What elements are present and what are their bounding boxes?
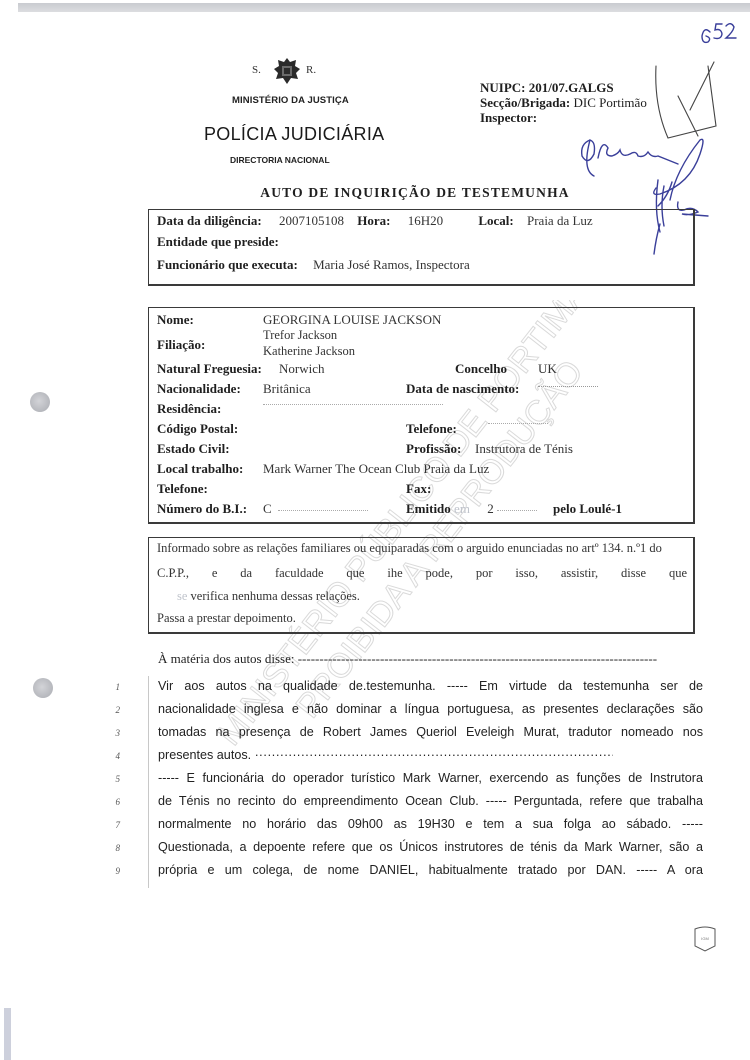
- line-number: 9: [100, 866, 120, 876]
- seccao-label: Secção/Brigada:: [480, 95, 570, 110]
- profissao-value: Instrutora de Ténis: [475, 441, 573, 457]
- bi-label: Número do B.I.:: [157, 501, 247, 517]
- line-number: 2: [100, 705, 120, 715]
- statement-line: Questionada, a depoente refere que os Ún…: [158, 840, 703, 854]
- punch-hole: [30, 392, 50, 412]
- nuipc-label: NUIPC:: [480, 80, 526, 95]
- filiacao-label: Filiação:: [157, 337, 205, 353]
- local-trabalho-value: Mark Warner The Ocean Club Praia da Luz: [263, 461, 489, 477]
- natural-value: Norwich: [279, 361, 325, 377]
- hora-label: Hora:: [357, 213, 390, 228]
- statement-line: nacionalidade inglesa e não dominar a lí…: [158, 702, 703, 716]
- informed-line-4: Passa a prestar depoimento.: [157, 611, 296, 626]
- margin-line: [148, 676, 149, 888]
- informed-line-3-faint: se: [177, 589, 187, 603]
- line-number: 8: [100, 843, 120, 853]
- entidade-label: Entidade que preside:: [157, 234, 279, 249]
- date-label: Data da diligência:: [157, 213, 262, 228]
- punch-hole: [33, 678, 53, 698]
- crest-left-letter: S.: [252, 64, 261, 76]
- nome-row: Nome:: [157, 312, 194, 328]
- page-stamp-icon: IGM: [693, 925, 717, 952]
- statement-line: presentes autos. ·······················…: [158, 748, 613, 762]
- line-number: 6: [100, 797, 120, 807]
- line-number: 7: [100, 820, 120, 830]
- emitido-em: em: [454, 501, 470, 516]
- local-trabalho-label: Local trabalho:: [157, 461, 243, 477]
- crest-right-letter: R.: [306, 64, 316, 76]
- nascimento-redacted: [538, 386, 598, 387]
- line-number: 1: [100, 682, 120, 692]
- natural-label: Natural Freguesia:: [157, 361, 262, 377]
- line-number: 4: [100, 751, 120, 761]
- informed-line-1: Informado sobre as relações familiares o…: [157, 541, 687, 556]
- nacionalidade-value: Britânica: [263, 381, 311, 397]
- line-number: 5: [100, 774, 120, 784]
- local-label: Local:: [478, 213, 513, 228]
- ministry-name: MINISTÉRIO DA JUSTIÇA: [232, 95, 349, 106]
- agency-name: POLÍCIA JUDICIÁRIA: [204, 124, 384, 145]
- concelho-value: UK: [538, 361, 557, 377]
- statement-line: normalmente no horário das 09h00 as 19H3…: [158, 817, 703, 831]
- fax-label: Fax:: [406, 481, 431, 497]
- statement-heading: À matéria dos autos disse: -------------…: [158, 651, 657, 667]
- funcionario-value: Maria José Ramos, Inspectora: [313, 257, 470, 272]
- codigo-label: Código Postal:: [157, 421, 238, 437]
- informed-line-3: se verifica nenhuma dessas relações.: [177, 589, 360, 604]
- diligence-row-3: Funcionário que executa: Maria José Ramo…: [157, 257, 470, 273]
- local-value: Praia da Luz: [527, 213, 593, 228]
- statement-line: própria e um colega, de nome DANIEL, hab…: [158, 863, 703, 877]
- estado-label: Estado Civil:: [157, 441, 230, 457]
- emitido-redacted: 2: [487, 501, 537, 516]
- emitido-label: Emitido: [406, 501, 451, 516]
- stamp-text: IGM: [701, 936, 709, 941]
- statement-line: ----- E funcionária do operador turístic…: [158, 771, 703, 785]
- nome-value: GEORGINA LOUISE JACKSON: [263, 312, 441, 328]
- filiacao-father: Trefor Jackson: [263, 328, 337, 343]
- informed-line-2: C.P.P., e da faculdade que ihe pode, por…: [157, 566, 687, 581]
- statement-line: de Ténis no recinto do empreendimento Oc…: [158, 794, 703, 808]
- diligence-row-2: Entidade que preside:: [157, 234, 279, 250]
- statement-line: Vir aos autos na qualidade de.testemunha…: [158, 679, 703, 693]
- residencia-redacted: [263, 404, 443, 405]
- document-title: AUTO DE INQUIRIÇÃO DE TESTEMUNHA: [0, 185, 750, 201]
- bi-value: C: [263, 501, 368, 517]
- filiacao-mother: Katherine Jackson: [263, 344, 355, 359]
- diligence-row-1: Data da diligência: 2007105108 Hora: 16H…: [157, 213, 593, 229]
- coat-of-arms-icon: [272, 56, 302, 86]
- emitido-row: Emitido em 2: [406, 501, 537, 517]
- emitido-por: pelo Loulé-1: [553, 501, 622, 517]
- nacionalidade-label: Nacionalidade:: [157, 381, 241, 397]
- statement-line: tomadas na presença de Robert James Quer…: [158, 725, 703, 739]
- concelho-label: Concelho: [455, 361, 507, 377]
- telefone-redacted: [488, 423, 548, 424]
- hora-value: 16H20: [408, 213, 443, 228]
- date-value: 2007105108: [279, 213, 344, 228]
- line-number: 3: [100, 728, 120, 738]
- scan-edge: [4, 1008, 11, 1060]
- residencia-label: Residência:: [157, 401, 221, 417]
- inspector-label: Inspector:: [480, 110, 537, 125]
- telefone-label: Telefone:: [406, 421, 457, 437]
- nome-label: Nome:: [157, 312, 194, 327]
- nascimento-label: Data de nascimento:: [406, 381, 519, 397]
- directorate-name: DIRECTORIA NACIONAL: [230, 155, 330, 165]
- informed-line-3-text: verifica nenhuma dessas relações.: [191, 589, 360, 603]
- telefone2-label: Telefone:: [157, 481, 208, 497]
- profissao-label: Profissão:: [406, 441, 461, 457]
- funcionario-label: Funcionário que executa:: [157, 257, 298, 272]
